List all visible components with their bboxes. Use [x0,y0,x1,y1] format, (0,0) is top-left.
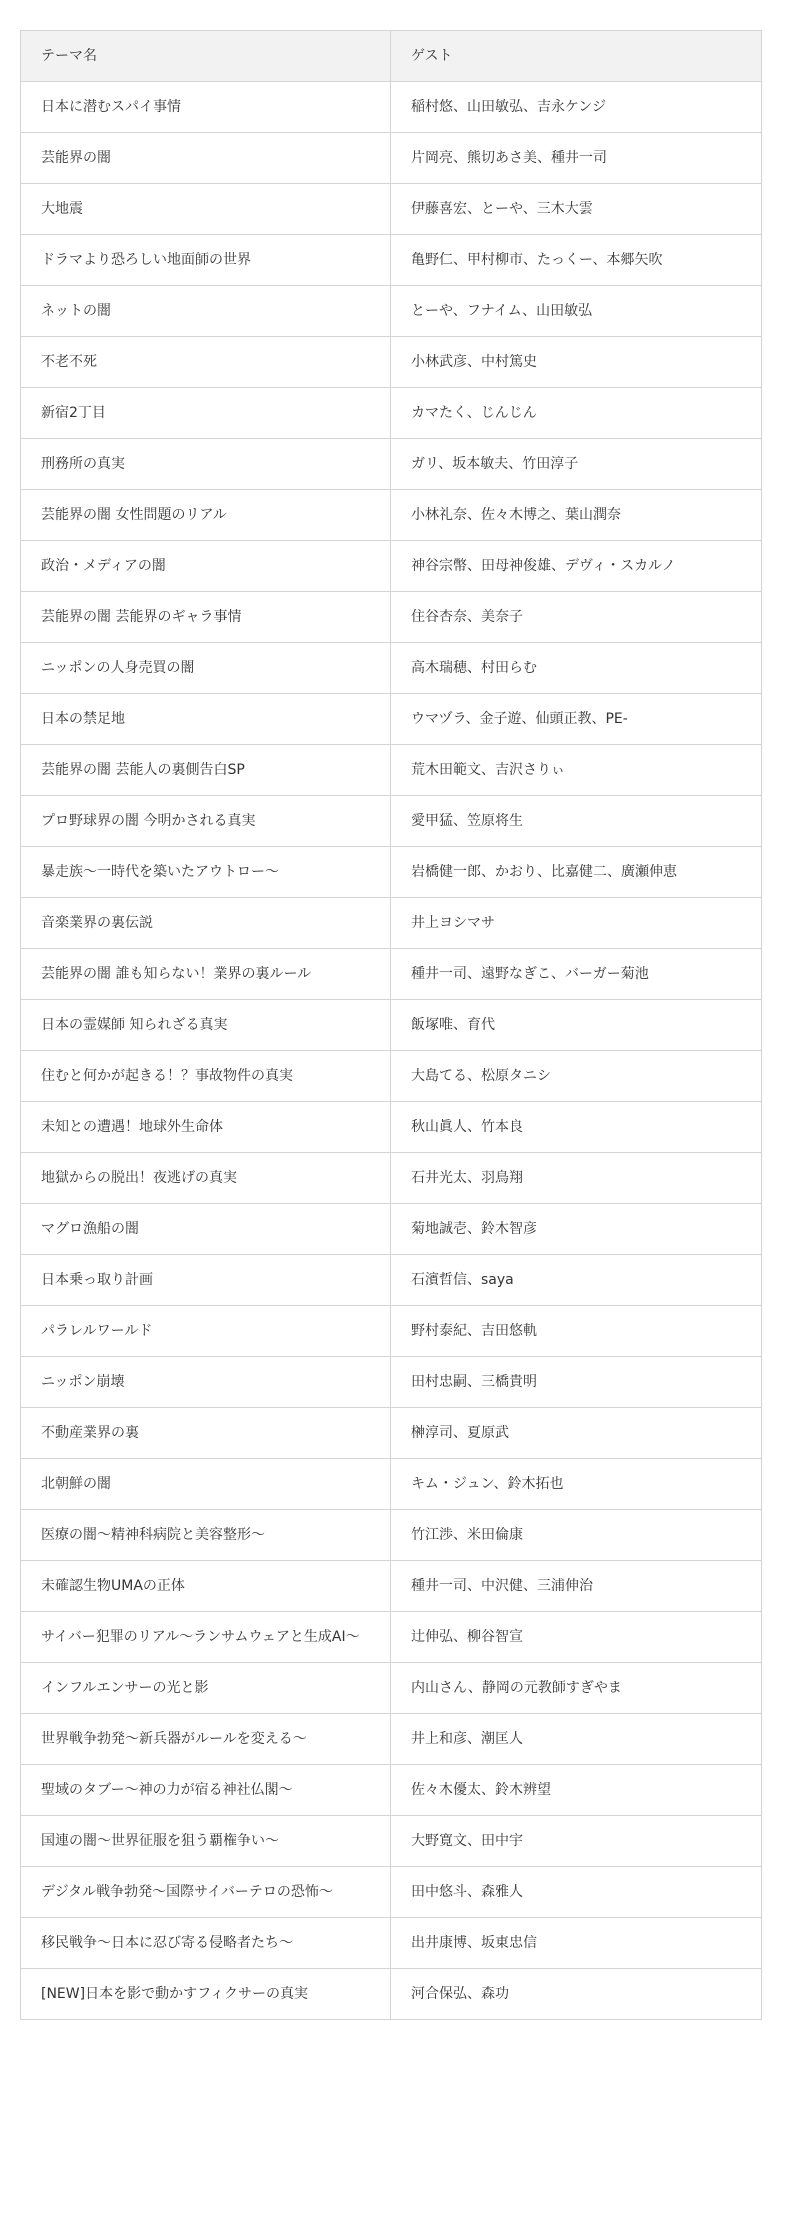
cell-guest: 辻伸弘、柳谷智宣 [391,1612,762,1663]
cell-guest: 亀野仁、甲村柳市、たっくー、本郷矢吹 [391,235,762,286]
cell-theme: 芸能界の闇 芸能界のギャラ事情 [21,592,391,643]
cell-guest: 飯塚唯、育代 [391,1000,762,1051]
cell-guest: 河合保弘、森功 [391,1969,762,2020]
cell-guest: とーや、フナイム、山田敏弘 [391,286,762,337]
cell-guest: 大島てる、松原タニシ [391,1051,762,1102]
table-row: 日本に潜むスパイ事情稲村悠、山田敏弘、吉永ケンジ [21,82,762,133]
cell-theme: 芸能界の闇 女性問題のリアル [21,490,391,541]
table-header: テーマ名 ゲスト [21,31,762,82]
table-row: 芸能界の闇 芸能人の裏側告白SP荒木田範文、吉沢さりぃ [21,745,762,796]
cell-theme: デジタル戦争勃発〜国際サイバーテロの恐怖〜 [21,1867,391,1918]
table-row: 聖域のタブー〜神の力が宿る神社仏閣〜佐々木優太、鈴木辨望 [21,1765,762,1816]
table-row: 住むと何かが起きる！？事故物件の真実大島てる、松原タニシ [21,1051,762,1102]
table-row: 大地震伊藤喜宏、とーや、三木大雲 [21,184,762,235]
cell-theme: 地獄からの脱出！夜逃げの真実 [21,1153,391,1204]
table-row: プロ野球界の闇 今明かされる真実愛甲猛、笠原将生 [21,796,762,847]
table-row: 未確認生物UMAの正体種井一司、中沢健、三浦伸治 [21,1561,762,1612]
cell-theme: 日本に潜むスパイ事情 [21,82,391,133]
cell-theme: 未確認生物UMAの正体 [21,1561,391,1612]
cell-theme: ドラマより恐ろしい地面師の世界 [21,235,391,286]
cell-guest: 岩橋健一郎、かおり、比嘉健二、廣瀬伸恵 [391,847,762,898]
table-row: 暴走族〜一時代を築いたアウトロー〜岩橋健一郎、かおり、比嘉健二、廣瀬伸恵 [21,847,762,898]
cell-theme: 医療の闇〜精神科病院と美容整形〜 [21,1510,391,1561]
cell-guest: 石井光太、羽鳥翔 [391,1153,762,1204]
table-row: 芸能界の闇 女性問題のリアル小林礼奈、佐々木博之、葉山潤奈 [21,490,762,541]
cell-guest: 田中悠斗、森雅人 [391,1867,762,1918]
table-row: 移民戦争〜日本に忍び寄る侵略者たち〜出井康博、坂東忠信 [21,1918,762,1969]
cell-guest: 菊地誠壱、鈴木智彦 [391,1204,762,1255]
theme-guest-table: テーマ名 ゲスト 日本に潜むスパイ事情稲村悠、山田敏弘、吉永ケンジ芸能界の闇片岡… [20,30,762,2020]
cell-theme: パラレルワールド [21,1306,391,1357]
cell-guest: 片岡亮、熊切あさ美、種井一司 [391,133,762,184]
cell-theme: 世界戦争勃発〜新兵器がルールを変える〜 [21,1714,391,1765]
cell-theme: 刑務所の真実 [21,439,391,490]
table-row: 音楽業界の裏伝説井上ヨシマサ [21,898,762,949]
cell-theme: 暴走族〜一時代を築いたアウトロー〜 [21,847,391,898]
table-row: 医療の闇〜精神科病院と美容整形〜竹江渉、米田倫康 [21,1510,762,1561]
cell-guest: 佐々木優太、鈴木辨望 [391,1765,762,1816]
cell-guest: 田村忠嗣、三橋貴明 [391,1357,762,1408]
header-guest: ゲスト [391,31,762,82]
cell-guest: 石濱哲信、saya [391,1255,762,1306]
table-row: [NEW]日本を影で動かすフィクサーの真実河合保弘、森功 [21,1969,762,2020]
cell-theme: プロ野球界の闇 今明かされる真実 [21,796,391,847]
cell-guest: 榊淳司、夏原武 [391,1408,762,1459]
cell-theme: 新宿2丁目 [21,388,391,439]
cell-theme: 不動産業界の裏 [21,1408,391,1459]
table-row: 芸能界の闇 芸能界のギャラ事情住谷杏奈、美奈子 [21,592,762,643]
cell-theme: 日本の禁足地 [21,694,391,745]
cell-theme: ニッポン崩壊 [21,1357,391,1408]
table-row: 北朝鮮の闇キム・ジュン、鈴木拓也 [21,1459,762,1510]
table-row: 世界戦争勃発〜新兵器がルールを変える〜井上和彦、潮匡人 [21,1714,762,1765]
cell-guest: キム・ジュン、鈴木拓也 [391,1459,762,1510]
table-row: 不動産業界の裏榊淳司、夏原武 [21,1408,762,1459]
cell-guest: 高木瑞穂、村田らむ [391,643,762,694]
table-body: 日本に潜むスパイ事情稲村悠、山田敏弘、吉永ケンジ芸能界の闇片岡亮、熊切あさ美、種… [21,82,762,2020]
cell-guest: 小林礼奈、佐々木博之、葉山潤奈 [391,490,762,541]
cell-theme: 移民戦争〜日本に忍び寄る侵略者たち〜 [21,1918,391,1969]
cell-theme: 国連の闇〜世界征服を狙う覇権争い〜 [21,1816,391,1867]
cell-guest: ウマヅラ、金子遊、仙頭正教、PE- [391,694,762,745]
table-row: 地獄からの脱出！夜逃げの真実石井光太、羽鳥翔 [21,1153,762,1204]
table-row: ニッポンの人身売買の闇高木瑞穂、村田らむ [21,643,762,694]
table-row: 日本の霊媒師 知られざる真実飯塚唯、育代 [21,1000,762,1051]
table-row: 芸能界の闇片岡亮、熊切あさ美、種井一司 [21,133,762,184]
cell-theme: [NEW]日本を影で動かすフィクサーの真実 [21,1969,391,2020]
cell-guest: 大野寛文、田中宇 [391,1816,762,1867]
table-row: デジタル戦争勃発〜国際サイバーテロの恐怖〜田中悠斗、森雅人 [21,1867,762,1918]
table-row: 日本の禁足地ウマヅラ、金子遊、仙頭正教、PE- [21,694,762,745]
table-row: 不老不死小林武彦、中村篤史 [21,337,762,388]
table-row: 日本乗っ取り計画石濱哲信、saya [21,1255,762,1306]
table-row: 政治・メディアの闇神谷宗幣、田母神俊雄、デヴィ・スカルノ [21,541,762,592]
cell-theme: マグロ漁船の闇 [21,1204,391,1255]
cell-theme: 未知との遭遇！地球外生命体 [21,1102,391,1153]
cell-theme: 北朝鮮の闇 [21,1459,391,1510]
table-row: ネットの闇とーや、フナイム、山田敏弘 [21,286,762,337]
table-row: 刑務所の真実ガリ、坂本敏夫、竹田淳子 [21,439,762,490]
cell-theme: ニッポンの人身売買の闇 [21,643,391,694]
page-container: テーマ名 ゲスト 日本に潜むスパイ事情稲村悠、山田敏弘、吉永ケンジ芸能界の闇片岡… [0,0,800,2050]
cell-guest: 野村泰紀、吉田悠軌 [391,1306,762,1357]
cell-guest: 井上ヨシマサ [391,898,762,949]
table-row: サイバー犯罪のリアル〜ランサムウェアと生成AI〜辻伸弘、柳谷智宣 [21,1612,762,1663]
cell-theme: 音楽業界の裏伝説 [21,898,391,949]
cell-theme: 芸能界の闇 芸能人の裏側告白SP [21,745,391,796]
cell-guest: 神谷宗幣、田母神俊雄、デヴィ・スカルノ [391,541,762,592]
cell-guest: 伊藤喜宏、とーや、三木大雲 [391,184,762,235]
table-row: 芸能界の闇 誰も知らない！業界の裏ルール種井一司、遠野なぎこ、バーガー菊池 [21,949,762,1000]
cell-theme: 日本乗っ取り計画 [21,1255,391,1306]
cell-theme: 芸能界の闇 誰も知らない！業界の裏ルール [21,949,391,1000]
cell-guest: 竹江渉、米田倫康 [391,1510,762,1561]
table-row: 未知との遭遇！地球外生命体秋山眞人、竹本良 [21,1102,762,1153]
cell-theme: 大地震 [21,184,391,235]
cell-guest: 住谷杏奈、美奈子 [391,592,762,643]
cell-theme: 聖域のタブー〜神の力が宿る神社仏閣〜 [21,1765,391,1816]
cell-guest: ガリ、坂本敏夫、竹田淳子 [391,439,762,490]
cell-theme: サイバー犯罪のリアル〜ランサムウェアと生成AI〜 [21,1612,391,1663]
cell-guest: 稲村悠、山田敏弘、吉永ケンジ [391,82,762,133]
table-row: インフルエンサーの光と影内山さん、静岡の元教師すぎやま [21,1663,762,1714]
cell-guest: 井上和彦、潮匡人 [391,1714,762,1765]
cell-guest: 荒木田範文、吉沢さりぃ [391,745,762,796]
header-row: テーマ名 ゲスト [21,31,762,82]
cell-theme: インフルエンサーの光と影 [21,1663,391,1714]
cell-guest: 種井一司、遠野なぎこ、バーガー菊池 [391,949,762,1000]
table-row: ニッポン崩壊田村忠嗣、三橋貴明 [21,1357,762,1408]
cell-guest: 内山さん、静岡の元教師すぎやま [391,1663,762,1714]
cell-theme: 政治・メディアの闇 [21,541,391,592]
cell-theme: 日本の霊媒師 知られざる真実 [21,1000,391,1051]
cell-guest: 秋山眞人、竹本良 [391,1102,762,1153]
header-theme: テーマ名 [21,31,391,82]
cell-theme: 不老不死 [21,337,391,388]
cell-guest: 出井康博、坂東忠信 [391,1918,762,1969]
cell-theme: 住むと何かが起きる！？事故物件の真実 [21,1051,391,1102]
table-row: マグロ漁船の闇菊地誠壱、鈴木智彦 [21,1204,762,1255]
table-row: パラレルワールド野村泰紀、吉田悠軌 [21,1306,762,1357]
cell-theme: ネットの闇 [21,286,391,337]
table-row: 国連の闇〜世界征服を狙う覇権争い〜大野寛文、田中宇 [21,1816,762,1867]
cell-guest: カマたく、じんじん [391,388,762,439]
table-row: ドラマより恐ろしい地面師の世界亀野仁、甲村柳市、たっくー、本郷矢吹 [21,235,762,286]
cell-guest: 種井一司、中沢健、三浦伸治 [391,1561,762,1612]
cell-guest: 小林武彦、中村篤史 [391,337,762,388]
table-row: 新宿2丁目カマたく、じんじん [21,388,762,439]
cell-guest: 愛甲猛、笠原将生 [391,796,762,847]
cell-theme: 芸能界の闇 [21,133,391,184]
